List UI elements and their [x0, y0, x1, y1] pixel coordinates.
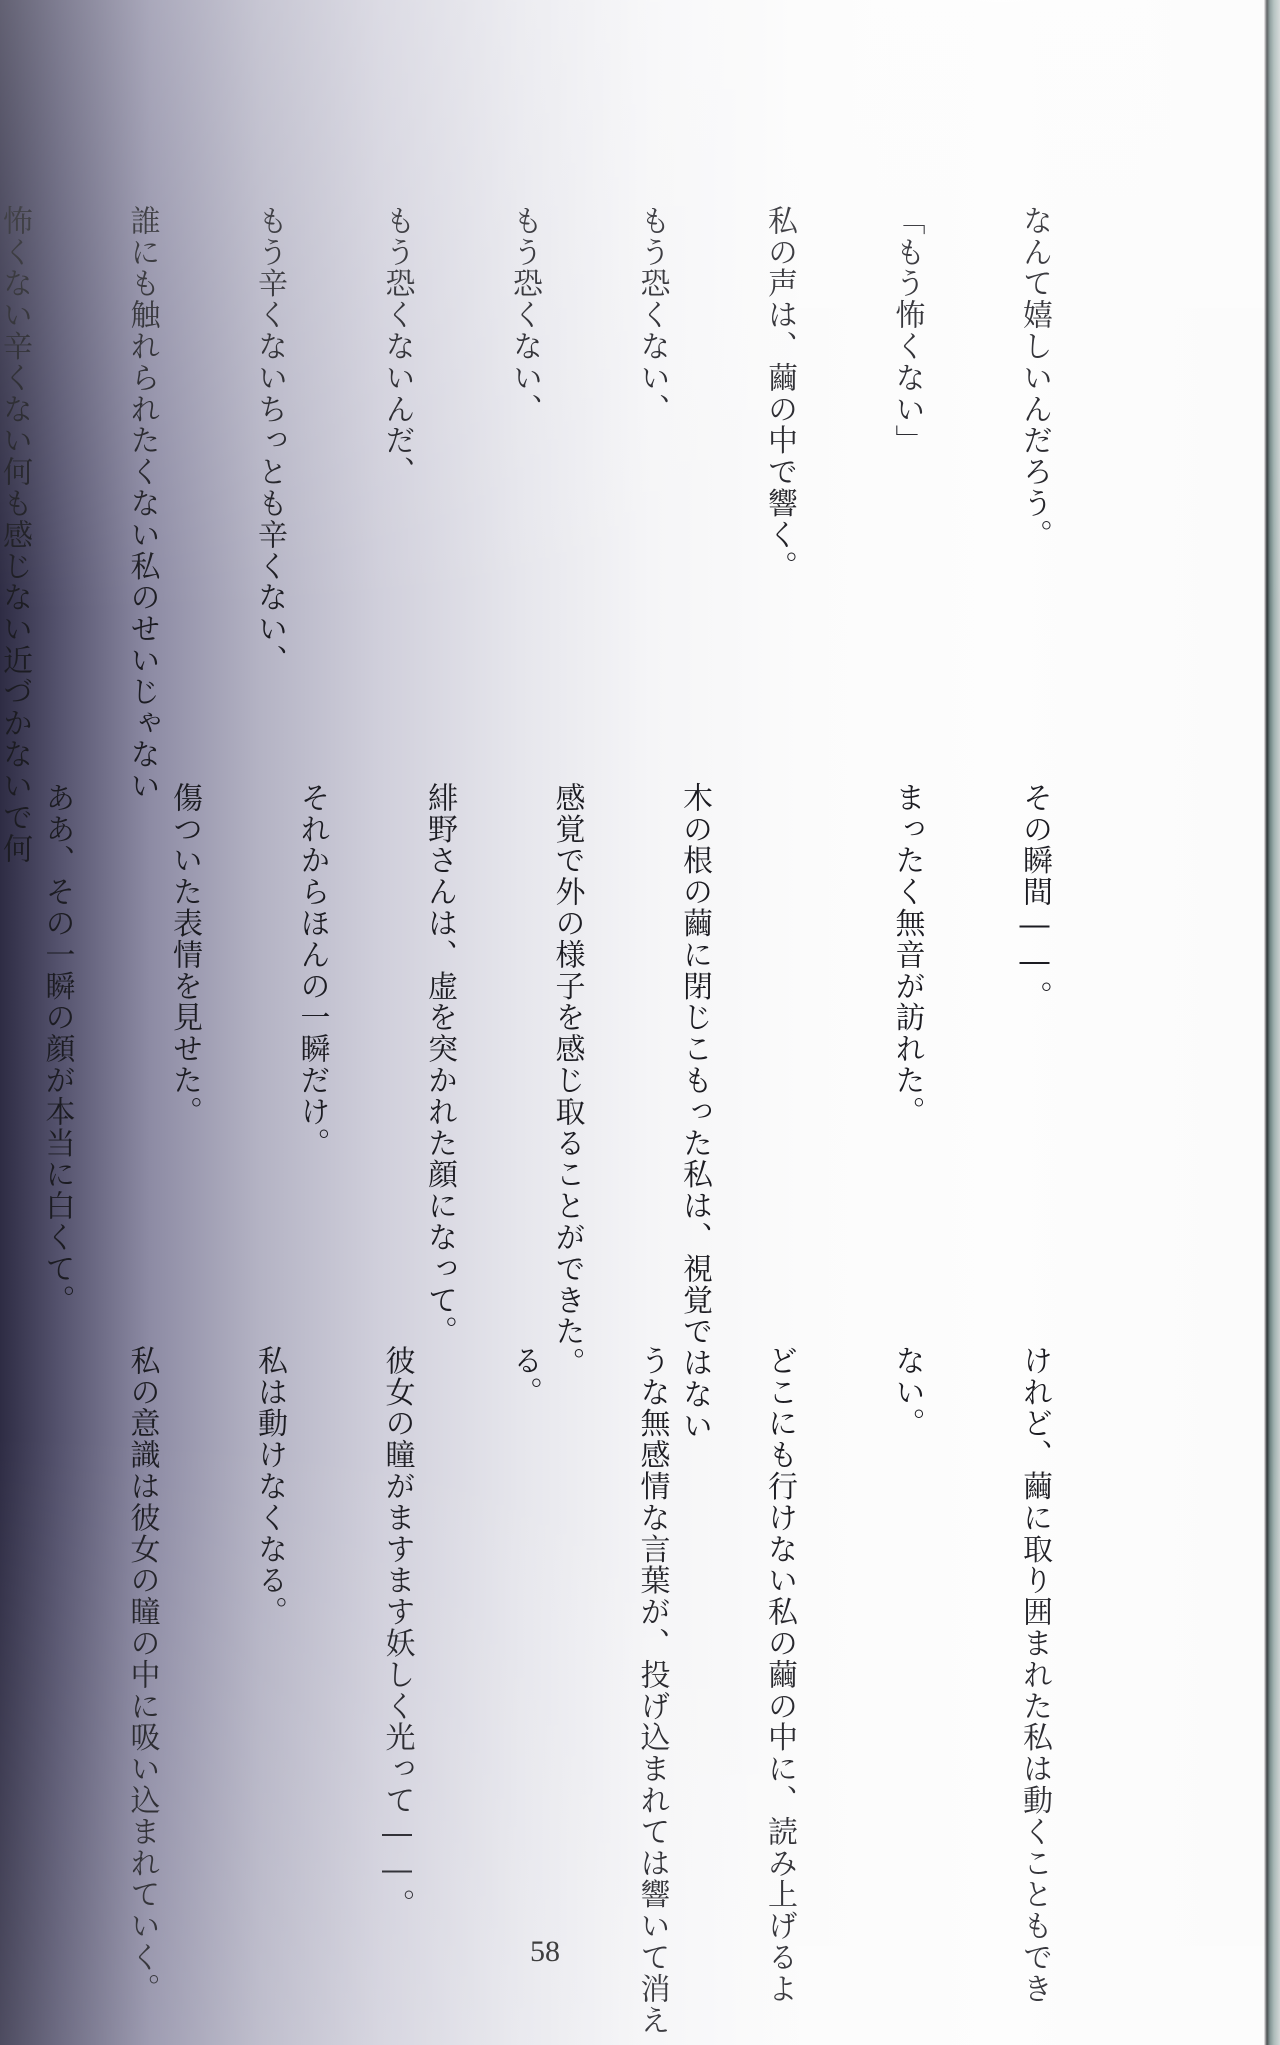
text-block-bottom: けれど、繭に取り囲まれた私は動くこともでき ない。 どこにも行けない私の繭の中に… — [0, 1345, 1140, 1885]
book-binding-edge — [1264, 0, 1280, 2045]
text-line: 緋野さんは、虚を突かれた顔になって。 — [418, 782, 461, 1322]
text-line: うな無感情な言葉が、投げ込まれては響いて消え — [630, 1345, 673, 1885]
text-line: ああ、その一瞬の顔が本当に白くて。 — [35, 782, 78, 1322]
text-block-middle: その瞬間――。 まったく無音が訪れた。 木の根の繭に閉じこもった私は、視覚ではな… — [0, 782, 1140, 1322]
text-line: もう恐くないんだ、 — [375, 205, 418, 765]
text-line: まったく無音が訪れた。 — [885, 782, 928, 1322]
text-line: もう恐くない、 — [503, 205, 546, 765]
text-line: けれど、繭に取り囲まれた私は動くこともでき — [1013, 1345, 1056, 1885]
text-line: もう辛くないちっとも辛くない、 — [248, 205, 291, 765]
text-line: る。 — [503, 1345, 546, 1885]
page-number: 58 — [530, 1935, 560, 1969]
text-line: それからほんの一瞬だけ。 — [290, 782, 333, 1322]
text-line: 感覚で外の様子を感じ取ることができた。 — [545, 782, 588, 1322]
text-line: 私の意識は彼女の瞳の中に吸い込まれていく。 — [120, 1345, 163, 1885]
text-line: 怖くない辛くない何も感じない近づかないで何 — [0, 205, 35, 765]
text-line: その瞬間――。 — [1013, 782, 1056, 1322]
text-line: 木の根の繭に閉じこもった私は、視覚ではない — [673, 782, 716, 1322]
text-line: もう恐くない、 — [630, 205, 673, 765]
text-line: 「もう怖くない」 — [885, 205, 928, 765]
text-line: ない。 — [885, 1345, 928, 1885]
text-line: 私の声は、繭の中で響く。 — [758, 205, 801, 765]
text-line: 誰にも触れられたくない私のせいじゃない — [120, 205, 163, 765]
text-line: 彼女の瞳がますます妖しく光って――。 — [375, 1345, 418, 1885]
text-line: 私は動けなくなる。 — [248, 1345, 291, 1885]
text-line: なんて嬉しいんだろう。 — [1013, 205, 1056, 765]
text-line: どこにも行けない私の繭の中に、読み上げるよ — [758, 1345, 801, 1885]
text-block-top: なんて嬉しいんだろう。 「もう怖くない」 私の声は、繭の中で響く。 もう恐くない… — [0, 205, 1140, 765]
text-line: 傷ついた表情を見せた。 — [163, 782, 206, 1322]
